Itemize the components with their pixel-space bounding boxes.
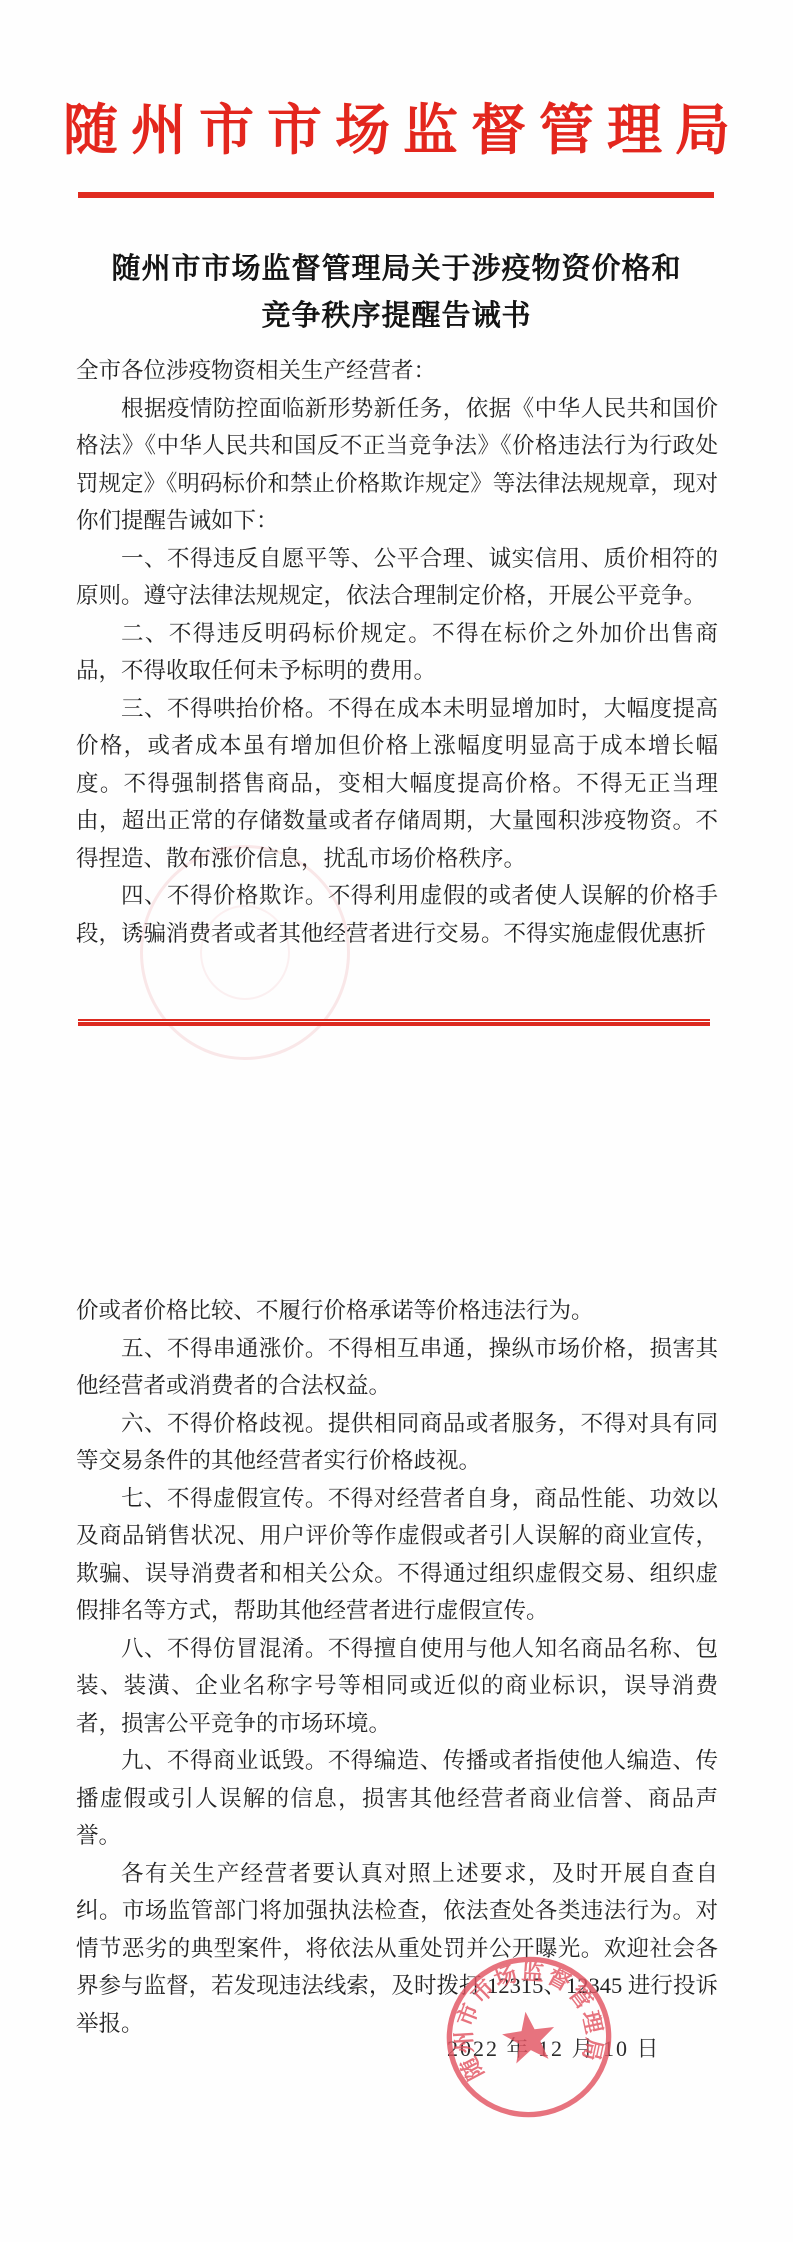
paragraph-rule-5: 五、不得串通涨价。不得相互串通，操纵市场价格，损害其他经营者或消费者的合法权益。 (76, 1330, 718, 1405)
body-page-1: 全市各位涉疫物资相关生产经营者： 根据疫情防控面临新形势新任务，依据《中华人民共… (76, 352, 718, 952)
page1-footer-red-rule (78, 1019, 710, 1026)
document-title-line1: 随州市市场监督管理局关于涉疫物资价格和 (50, 246, 743, 293)
issue-date: 2022 年 12 月 10 日 (447, 2032, 661, 2063)
document-title: 随州市市场监督管理局关于涉疫物资价格和 竞争秩序提醒告诫书 (50, 246, 743, 340)
paragraph-rule-1: 一、不得违反自愿平等、公平合理、诚实信用、质价相符的原则。遵守法律法规规定，依法… (76, 540, 718, 615)
scanned-document: 随州市市场监督管理局 随州市市场监督管理局关于涉疫物资价格和 竞争秩序提醒告诫书… (0, 0, 793, 2242)
paragraph-rule-8: 八、不得仿冒混淆。不得擅自使用与他人知名商品名称、包装、装潢、企业名称字号等相同… (76, 1630, 718, 1743)
paragraph-rule-2: 二、不得违反明码标价规定。不得在标价之外加价出售商品，不得收取任何未予标明的费用… (76, 615, 718, 690)
paragraph-closing: 各有关生产经营者要认真对照上述要求，及时开展自查自纠。市场监管部门将加强执法检查… (76, 1855, 718, 2043)
paragraph-rule-4-part2: 价或者价格比较、不履行价格承诺等价格违法行为。 (76, 1292, 718, 1330)
body-page-2: 价或者价格比较、不履行价格承诺等价格违法行为。 五、不得串通涨价。不得相互串通，… (76, 1292, 718, 2042)
paragraph-rule-6: 六、不得价格歧视。提供相同商品或者服务，不得对具有同等交易条件的其他经营者实行价… (76, 1405, 718, 1480)
agency-letterhead: 随州市市场监督管理局 (0, 86, 793, 165)
paragraph-basis: 根据疫情防控面临新形势新任务，依据《中华人民共和国价格法》《中华人民共和国反不正… (76, 390, 718, 540)
paragraph-rule-7: 七、不得虚假宣传。不得对经营者自身，商品性能、功效以及商品销售状况、用户评价等作… (76, 1480, 718, 1630)
paragraph-rule-4-part1: 四、不得价格欺诈。不得利用虚假的或者使人误解的价格手段，诱骗消费者或者其他经营者… (76, 877, 718, 952)
paragraph-rule-3: 三、不得哄抬价格。不得在成本未明显增加时，大幅度提高价格，或者成本虽有增加但价格… (76, 690, 718, 878)
document-title-line2: 竞争秩序提醒告诫书 (50, 293, 743, 340)
paragraph-rule-9: 九、不得商业诋毁。不得编造、传播或者指使他人编造、传播虚假或引人误解的信息，损害… (76, 1742, 718, 1855)
letterhead-red-rule (78, 192, 714, 198)
salutation: 全市各位涉疫物资相关生产经营者： (76, 352, 718, 390)
